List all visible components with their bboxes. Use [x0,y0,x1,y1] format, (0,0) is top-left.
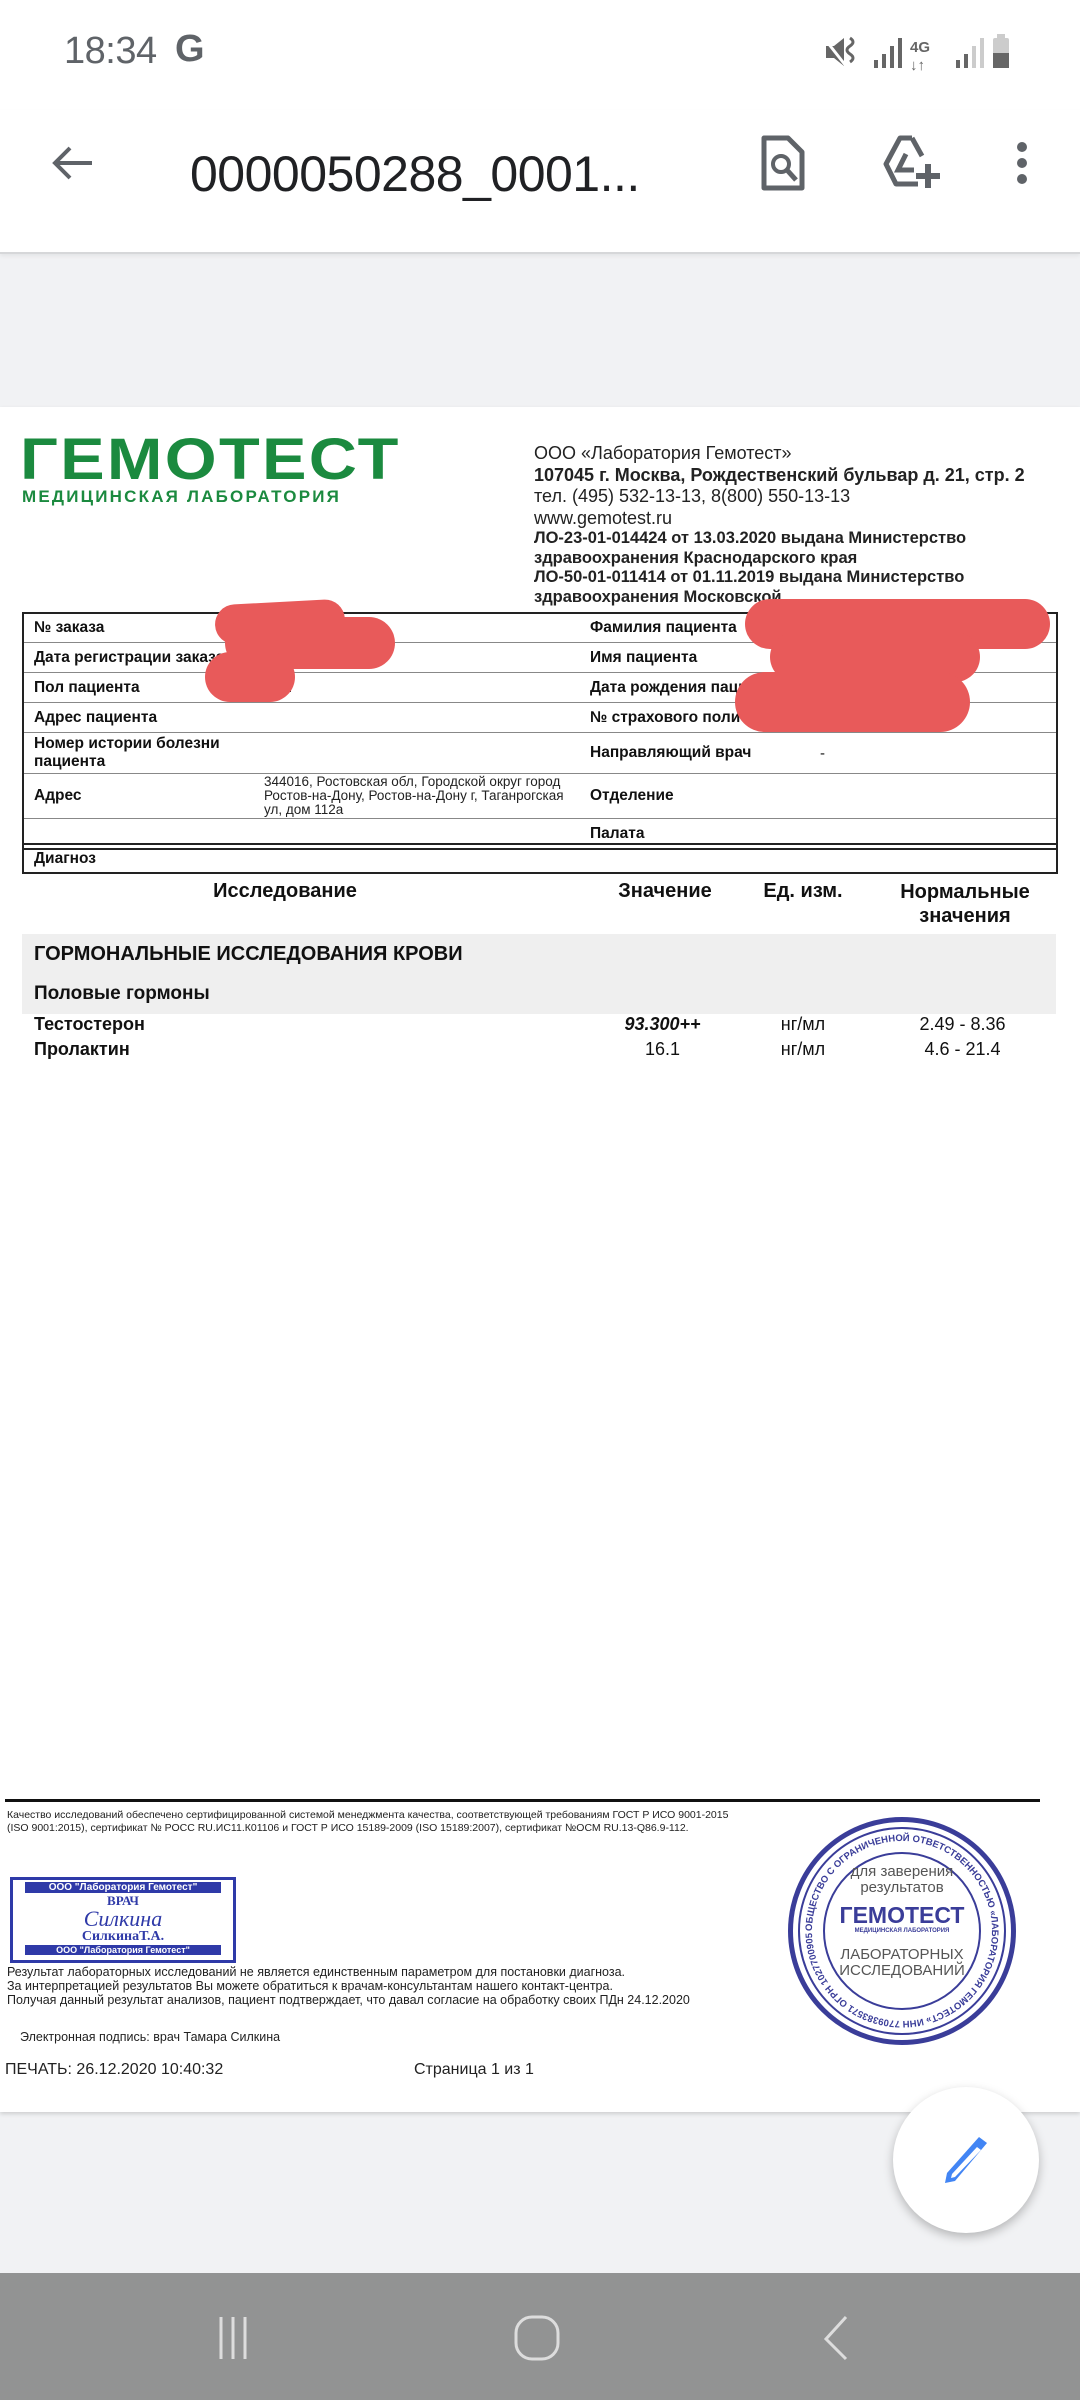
seal-text: ЛАБОРАТОРНЫХ [793,1947,1011,1963]
row-label: Адрес пациента [24,709,264,727]
print-timestamp: ПЕЧАТЬ: 26.12.2020 10:40:32 [5,2061,223,2079]
gemotest-logo-subtitle: МЕДИЦИНСКАЯ ЛАБОРАТОРИЯ [22,487,341,507]
row-label: Палата [582,825,820,843]
test-value: 93.300++ [600,1014,725,1035]
col-header-value: Значение [600,880,730,903]
row-value: - [820,745,1056,762]
seal-text: ИССЛЕДОВАНИЙ [793,1963,1011,1979]
license-1-cont: здравоохранения Краснодарского края [534,549,1025,569]
gemotest-logo: ГЕМОТЕСТ [20,431,401,489]
col-header-unit: Ед. изм. [748,880,858,903]
test-name: Пролактин [34,1039,334,1060]
status-bar: 18:34 G 4G ↓↑ [0,0,1080,110]
col-header-normal: Нормальные значения [880,880,1050,928]
redaction [735,672,970,732]
disclaimer-line: За интерпретацией результатов Вы можете … [7,1979,690,1993]
document-title: 0000050288_0001... [190,145,640,203]
row-label: Направляющий врач [582,744,820,762]
lab-phone: тел. (495) 532-13-13, 8(800) 550-13-13 [534,486,1025,508]
lab-website: www.gemotest.ru [534,508,1025,530]
recent-apps-icon[interactable] [215,2313,255,2363]
col-header-normal-1: Нормальные [880,880,1050,904]
svg-text:4G: 4G [910,39,930,56]
google-icon: G [175,28,205,71]
add-to-drive-icon[interactable] [882,134,946,194]
redaction [205,652,295,702]
svg-text:↓↑: ↓↑ [910,57,925,74]
test-normal-range: 2.49 - 8.36 [880,1014,1045,1035]
pdf-page: ГЕМОТЕСТ МЕДИЦИНСКАЯ ЛАБОРАТОРИЯ ООО «Ла… [0,407,1080,2112]
test-unit: нг/мл [748,1014,858,1035]
find-in-document-icon[interactable] [758,134,808,194]
col-header-test: Исследование [150,880,420,903]
mute-vibrate-icon [824,38,853,66]
status-icons: 4G ↓↑ [822,32,1072,80]
disclaimer-line: Результат лабораторных исследований не я… [7,1965,690,1979]
doctor-stamp: ООО "Лаборатория Гемотест" ВРАЧ Силкина … [10,1877,236,1963]
footer-divider [5,1799,1040,1802]
more-vert-icon[interactable] [1010,140,1034,190]
lab-company: ООО «Лаборатория Гемотест» [534,443,1025,465]
row-label: Номер истории болезни пациента [24,735,264,771]
arrow-left-icon[interactable] [48,138,98,188]
lab-seal-stamp: ОБЩЕСТВО С ОГРАНИЧЕННОЙ ОТВЕТСТВЕННОСТЬЮ… [788,1817,1016,2045]
lab-info: ООО «Лаборатория Гемотест» 107045 г. Мос… [534,443,1025,607]
row-label: Отделение [582,787,820,805]
license-1: ЛО-23-01-014424 от 13.03.2020 выдана Мин… [534,529,1025,549]
4g-data-icon: 4G ↓↑ [910,39,930,74]
system-nav-bar [0,2273,1080,2400]
quality-statement: Качество исследований обеспечено сертифи… [7,1809,747,1835]
col-header-normal-2: значения [880,904,1050,928]
electronic-signature: Электронная подпись: врач Тамара Силкина [20,2030,280,2044]
page-number: Страница 1 из 1 [414,2061,534,2079]
clock: 18:34 [64,30,157,73]
test-unit: нг/мл [748,1039,858,1060]
disclaimer-line: Получая данный результат анализов, пацие… [7,1993,690,2007]
seal-brand-sub: МЕДИЦИНСКАЯ ЛАБОРАТОРИЯ [793,1928,1011,1935]
seal-brand: ГЕМОТЕСТ [793,1902,1011,1928]
subcategory-title: Половые гормоны [34,983,210,1005]
test-name: Тестостерон [34,1014,334,1035]
patient-table-row: Адрес344016, Ростовская обл, Городской о… [24,774,1056,819]
row-label: Адрес [24,787,264,805]
stamp-org-bottom: ООО "Лаборатория Гемотест" [25,1945,221,1955]
edit-fab-button[interactable] [893,2087,1039,2233]
app-toolbar: 0000050288_0001... [0,110,1080,254]
stamp-name: СилкинаТ.А. [13,1929,233,1945]
home-icon[interactable] [512,2313,562,2363]
diagnosis-label: Диагноз [34,850,96,868]
category-title: ГОРМОНАЛЬНЫЕ ИССЛЕДОВАНИЯ КРОВИ [34,943,463,966]
diagnosis-box: Диагноз [22,843,1058,874]
patient-table-row: Номер истории болезни пациентаНаправляющ… [24,733,1056,774]
signal-icon [874,38,902,68]
seal-text: результатов [793,1880,1011,1896]
seal-text: для заверения [793,1864,1011,1880]
license-2: ЛО-50-01-011414 от 01.11.2019 выдана Мин… [534,568,1025,588]
row-value: 344016, Ростовская обл, Городской округ … [264,775,582,817]
disclaimer: Результат лабораторных исследований не я… [7,1965,690,2007]
back-icon[interactable] [820,2313,850,2363]
stamp-org-top: ООО "Лаборатория Гемотест" [25,1882,221,1893]
signal-icon-2 [956,38,984,68]
test-value: 16.1 [600,1039,725,1060]
lab-address: 107045 г. Москва, Рождественский бульвар… [534,465,1025,487]
edit-pencil-icon [939,2133,993,2187]
test-normal-range: 4.6 - 21.4 [880,1039,1045,1060]
handwritten-signature: Силкина [13,1909,233,1929]
row-value: ской [264,681,582,695]
battery-icon [993,34,1009,68]
